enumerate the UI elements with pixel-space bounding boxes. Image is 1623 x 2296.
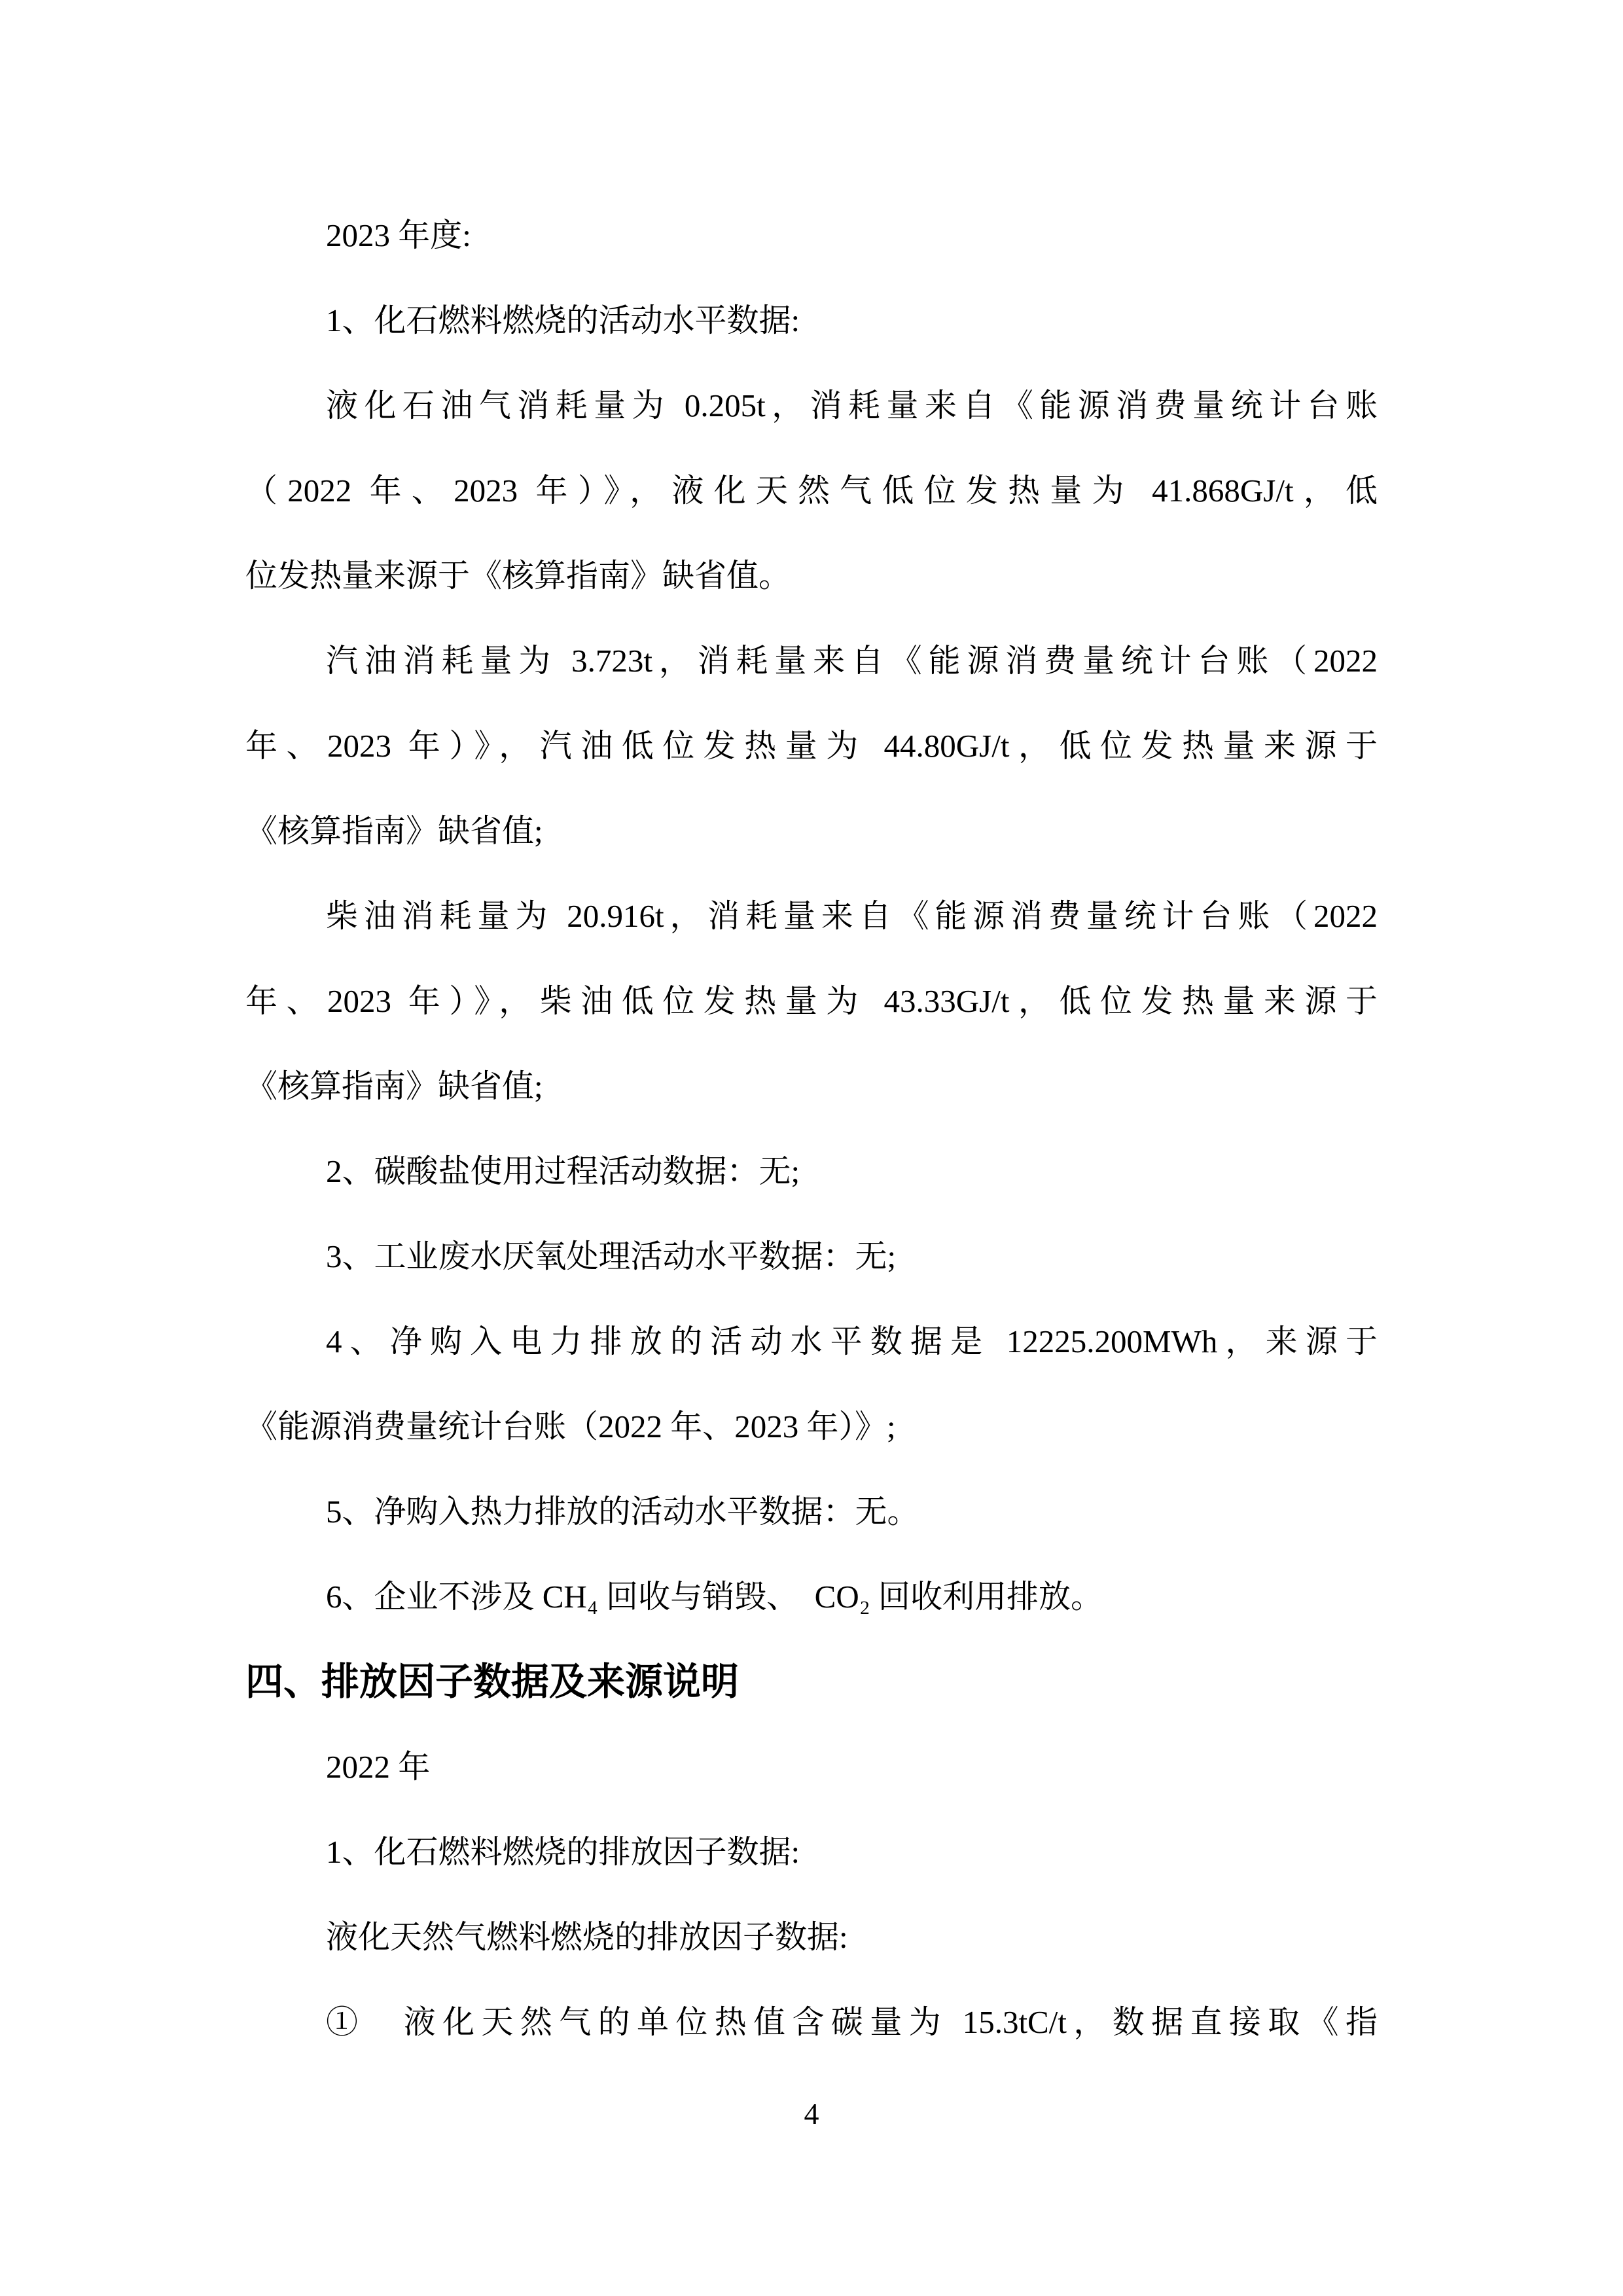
document-line: 《能源消费量统计台账（2022 年、2023 年）》; bbox=[245, 1384, 1378, 1469]
document-line: 液化天然气燃料燃烧的排放因子数据: bbox=[245, 1895, 1378, 1980]
document-line: 《核算指南》缺省值; bbox=[245, 1044, 1378, 1129]
document-page: 2023 年度:1、化石燃料燃烧的活动水平数据:液化石油气消耗量为 0.205t… bbox=[0, 0, 1623, 2296]
document-line: 1、化石燃料燃烧的活动水平数据: bbox=[245, 278, 1378, 363]
document-line: ① 液化天然气的单位热值含碳量为 15.3tC/t，数据直接取《指 bbox=[245, 1980, 1378, 2065]
document-line: 2022 年 bbox=[245, 1725, 1378, 1810]
document-line: 2023 年度: bbox=[245, 193, 1378, 278]
document-line: 5、净购入热力排放的活动水平数据：无。 bbox=[245, 1469, 1378, 1554]
document-line: 年、2023 年）》，柴油低位发热量为 43.33GJ/t，低位发热量来源于 bbox=[245, 959, 1378, 1044]
document-line: 《核算指南》缺省值; bbox=[245, 789, 1378, 874]
document-line: 液化石油气消耗量为 0.205t，消耗量来自《能源消费量统计台账 bbox=[245, 363, 1378, 448]
document-line: 6、企业不涉及 CH₄ 回收与销毁、 CO₂ 回收利用排放。 bbox=[245, 1554, 1378, 1640]
document-line: 柴油消耗量为 20.916t，消耗量来自《能源消费量统计台账（2022 bbox=[245, 874, 1378, 959]
section-heading: 四、排放因子数据及来源说明 bbox=[245, 1640, 1378, 1725]
document-body: 2023 年度:1、化石燃料燃烧的活动水平数据:液化石油气消耗量为 0.205t… bbox=[245, 193, 1378, 2065]
document-line: 位发热量来源于《核算指南》缺省值。 bbox=[245, 533, 1378, 619]
document-line: 1、化石燃料燃烧的排放因子数据: bbox=[245, 1810, 1378, 1895]
document-line: 4、净购入电力排放的活动水平数据是 12225.200MWh，来源于 bbox=[245, 1299, 1378, 1384]
document-line: 年、2023 年）》，汽油低位发热量为 44.80GJ/t，低位发热量来源于 bbox=[245, 704, 1378, 789]
document-line: （2022 年、2023 年）》，液化天然气低位发热量为 41.868GJ/t，… bbox=[245, 448, 1378, 533]
page-number: 4 bbox=[245, 2072, 1378, 2157]
document-line: 3、工业废水厌氧处理活动水平数据：无; bbox=[245, 1214, 1378, 1299]
document-line: 汽油消耗量为 3.723t，消耗量来自《能源消费量统计台账（2022 bbox=[245, 619, 1378, 704]
document-line: 2、碳酸盐使用过程活动数据：无; bbox=[245, 1129, 1378, 1214]
